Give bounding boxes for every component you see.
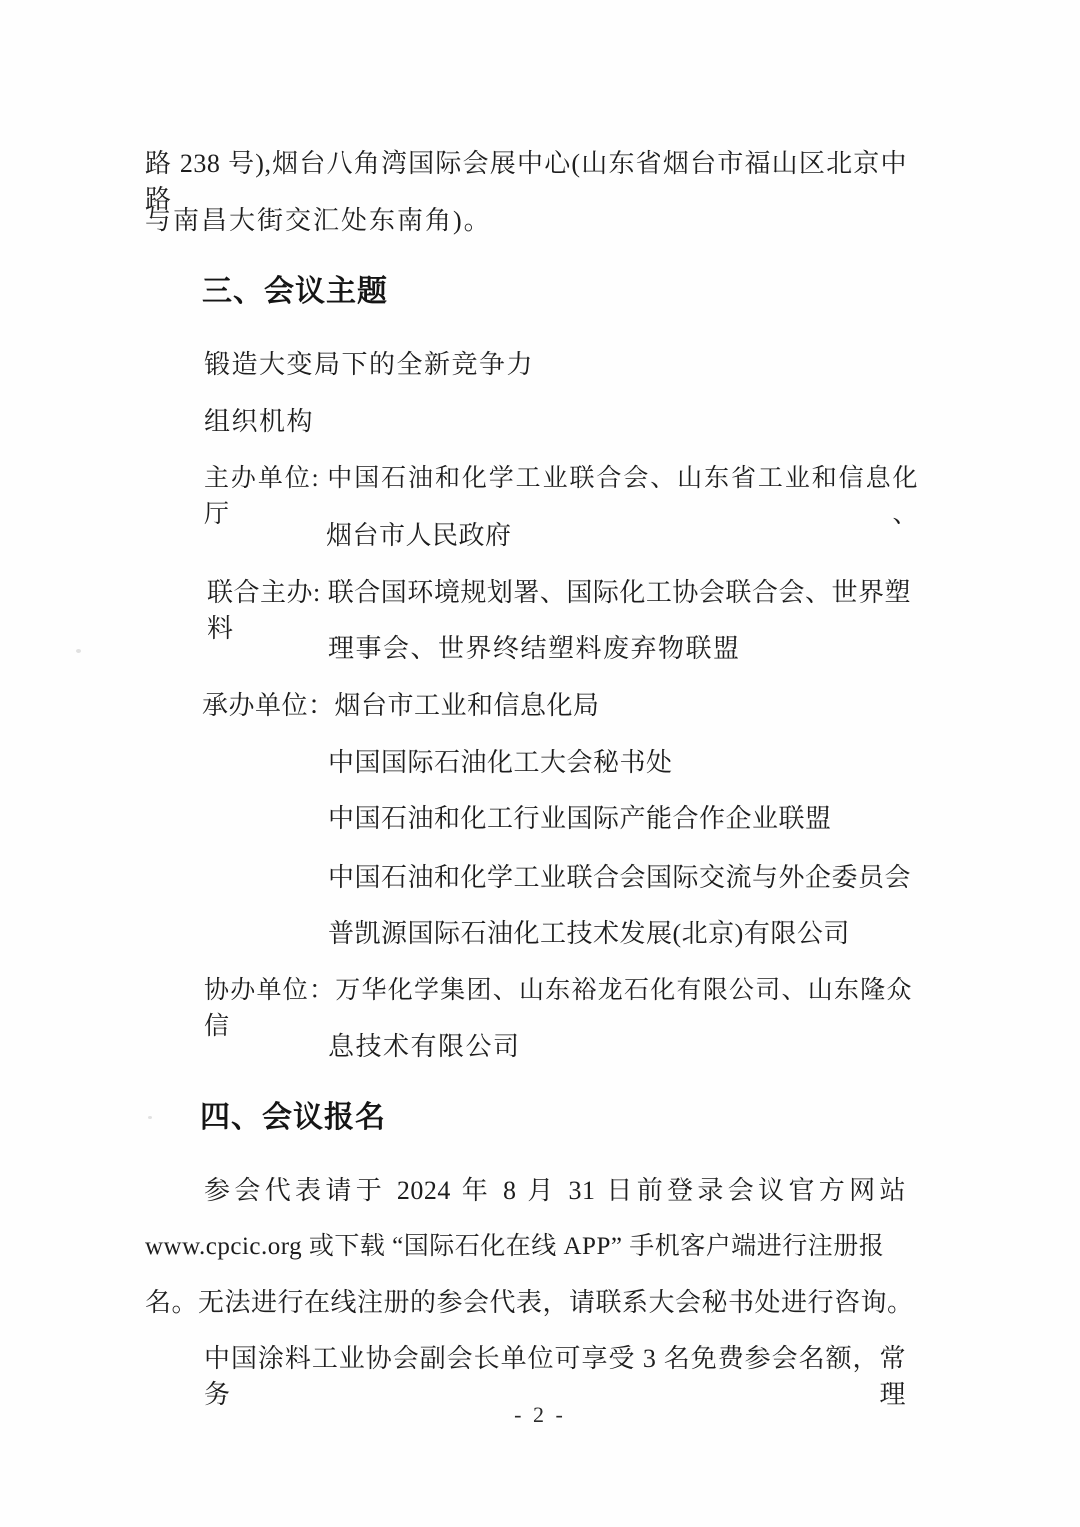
venue-paragraph-line-2: 与南昌大街交汇处东南角)。 — [145, 203, 492, 239]
undertaker-line: 承办单位：烟台市工业和信息化局 — [202, 688, 600, 724]
undertaker-content-4: 中国石油和化学工业联合会国际交流与外企委员会 — [328, 860, 911, 896]
section-registration-heading: 四、会议报名 — [200, 1100, 386, 1136]
supporter-continuation: 息技术有限公司 — [328, 1029, 521, 1065]
section-theme-heading: 三、会议主题 — [202, 274, 388, 310]
host-organizer-line: 主办单位: 中国石油和化学工业联合会、山东省工业和信息化厅、 — [204, 461, 918, 533]
registration-para1-line-1: 参会代表请于 2024 年 8 月 31 日前登录会议官方网站 — [204, 1173, 906, 1209]
undertaker-content-2: 中国国际石油化工大会秘书处 — [328, 745, 673, 781]
scan-artifact — [76, 649, 81, 653]
undertaker-content-3: 中国石油和化工行业国际产能合作企业联盟 — [328, 801, 832, 837]
co-host-continuation: 理事会、世界终结塑料废弃物联盟 — [328, 631, 741, 667]
undertaker-content-5: 普凯源国际石油化工技术发展(北京)有限公司 — [328, 916, 850, 952]
host-organizer-continuation: 烟台市人民政府 — [326, 518, 512, 554]
registration-para1-line-2: www.cpcic.org 或下载 “国际石化在线 APP” 手机客户端进行注册… — [145, 1229, 935, 1265]
co-host-label: 联合主办: — [207, 578, 321, 607]
document-page: 路 238 号),烟台八角湾国际会展中心(山东省烟台市福山区北京中路 与南昌大街… — [0, 0, 1080, 1527]
undertaker-content-1: 烟台市工业和信息化局 — [335, 691, 600, 720]
supporter-label: 协办单位： — [204, 977, 335, 1004]
undertaker-label: 承办单位： — [202, 691, 335, 720]
page-number: - 2 - — [0, 1402, 1080, 1428]
registration-para1-line-3: 名。无法进行在线注册的参会代表，请联系大会秘书处进行咨询。 — [145, 1285, 914, 1321]
scan-artifact — [148, 1116, 152, 1119]
organization-structure-title: 组织机构 — [204, 404, 314, 440]
supporter-line: 协办单位：万华化学集团、山东裕龙石化有限公司、山东隆众信 — [204, 973, 912, 1045]
conference-theme-text: 锻造大变局下的全新竞争力 — [204, 347, 534, 383]
host-organizer-label: 主办单位: — [204, 465, 319, 492]
